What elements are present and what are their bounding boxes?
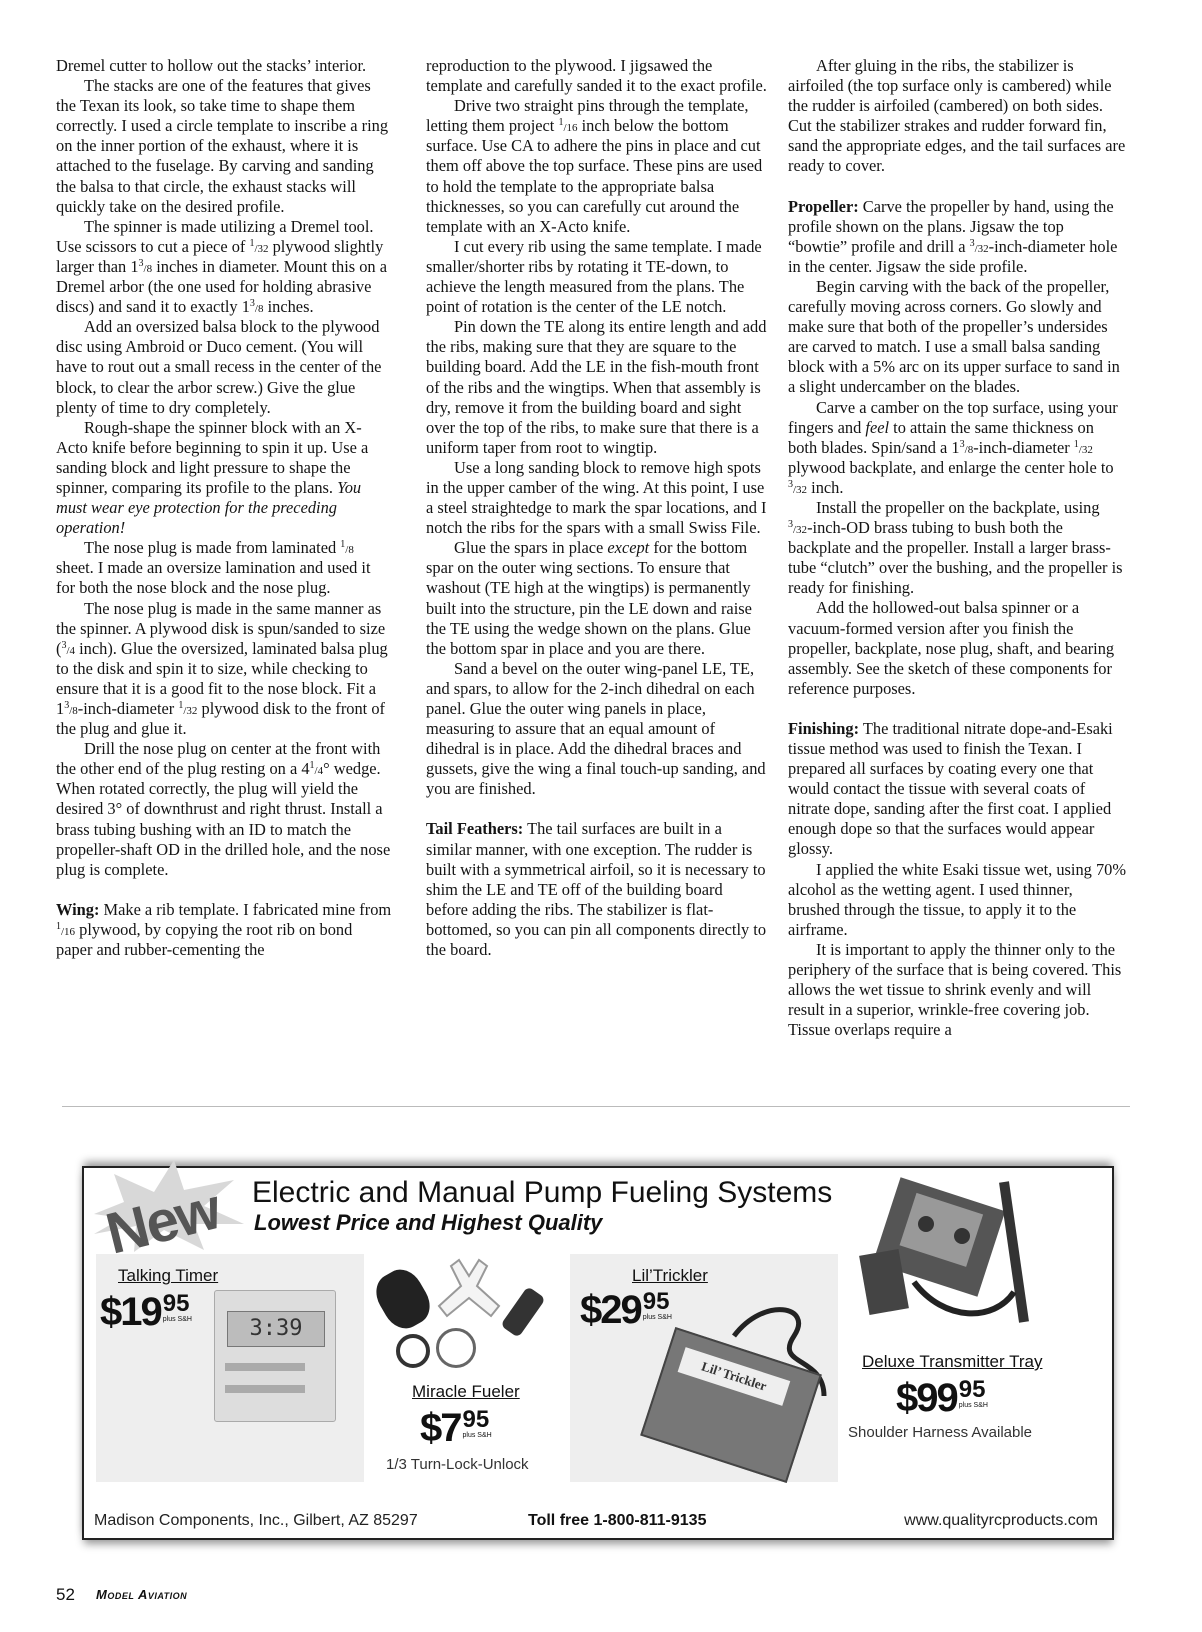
paragraph-finishing: Finishing: The traditional nitrate dope-… <box>788 719 1126 860</box>
paragraph: The nose plug is made from laminated 1/8… <box>56 538 392 598</box>
ad-company-address: Madison Components, Inc., Gilbert, AZ 85… <box>94 1512 418 1530</box>
article-column-3: After gluing in the ribs, the stabilizer… <box>788 56 1126 1040</box>
paragraph: reproduction to the plywood. I jigsawed … <box>426 56 768 96</box>
price-miracle-fueler: $7 95plus S&H <box>420 1408 492 1448</box>
paragraph: The nose plug is made in the same manner… <box>56 599 392 740</box>
ad-headline: Electric and Manual Pump Fueling Systems <box>252 1176 832 1210</box>
price-talking-timer: $19 95plus S&H <box>100 1292 192 1332</box>
page-number: 52 <box>56 1585 75 1605</box>
section-heading-finishing: Finishing: <box>788 719 859 738</box>
product-name-lil-trickler: Lil’Trickler <box>632 1266 708 1286</box>
article-column-1: Dremel cutter to hollow out the stacks’ … <box>56 56 392 960</box>
paragraph: Drill the nose plug on center at the fro… <box>56 739 392 880</box>
paragraph: Sand a bevel on the outer wing-panel LE,… <box>426 659 768 800</box>
paragraph: The stacks are one of the features that … <box>56 76 392 217</box>
section-heading-tail-feathers: Tail Feathers: <box>426 819 523 838</box>
fueler-nut-icon <box>396 1334 430 1368</box>
paragraph: Install the propeller on the backplate, … <box>788 498 1126 598</box>
product-name-miracle-fueler: Miracle Fueler <box>412 1382 520 1402</box>
paragraph: I cut every rib using the same template.… <box>426 237 768 317</box>
paragraph: Carve a camber on the top surface, using… <box>788 398 1126 498</box>
paragraph: Begin carving with the back of the prope… <box>788 277 1126 398</box>
product-name-transmitter-tray: Deluxe Transmitter Tray <box>862 1352 1042 1372</box>
section-heading-propeller: Propeller: <box>788 197 859 216</box>
magazine-title: Model Aviation <box>96 1587 187 1602</box>
paragraph: I applied the white Esaki tissue wet, us… <box>788 860 1126 940</box>
price-transmitter-tray: $99 95plus S&H <box>896 1378 988 1418</box>
paragraph-tail-feathers: Tail Feathers: The tail surfaces are bui… <box>426 819 768 960</box>
ad-subheadline: Lowest Price and Highest Quality <box>254 1210 602 1236</box>
paragraph: Drive two straight pins through the temp… <box>426 96 768 237</box>
fueler-wrench-icon <box>429 1256 509 1336</box>
paragraph: The spinner is made utilizing a Dremel t… <box>56 217 392 317</box>
timer-display: 3:39 <box>227 1311 325 1347</box>
paragraph-wing: Wing: Make a rib template. I fabricated … <box>56 900 392 960</box>
divider-rule <box>62 1106 1130 1107</box>
paragraph: After gluing in the ribs, the stabilizer… <box>788 56 1126 177</box>
price-lil-trickler: $29 95plus S&H <box>580 1290 672 1330</box>
paragraph: Add the hollowed-out balsa spinner or a … <box>788 598 1126 698</box>
paragraph-propeller: Propeller: Carve the propeller by hand, … <box>788 197 1126 277</box>
product-name-talking-timer: Talking Timer <box>118 1266 218 1286</box>
section-heading-wing: Wing: <box>56 900 99 919</box>
caption-transmitter-tray: Shoulder Harness Available <box>848 1424 1032 1441</box>
paragraph: Rough-shape the spinner block with an X-… <box>56 418 392 539</box>
advertisement[interactable]: New Electric and Manual Pump Fueling Sys… <box>82 1166 1114 1540</box>
paragraph: Add an oversized balsa block to the plyw… <box>56 317 392 417</box>
ad-website-link[interactable]: www.qualityrcproducts.com <box>904 1512 1098 1530</box>
transmitter-tray-image <box>854 1172 1034 1332</box>
paragraph: Pin down the TE along its entire length … <box>426 317 768 458</box>
ad-phone[interactable]: Toll free 1-800-811-9135 <box>528 1512 706 1530</box>
article-column-2: reproduction to the plywood. I jigsawed … <box>426 56 768 960</box>
paragraph: Use a long sanding block to remove high … <box>426 458 768 538</box>
fueler-cap-icon <box>369 1262 438 1335</box>
caption-miracle-fueler: 1/3 Turn-Lock-Unlock <box>386 1456 529 1473</box>
paragraph: Dremel cutter to hollow out the stacks’ … <box>56 56 392 76</box>
timer-button-bar <box>225 1363 305 1371</box>
fueler-ring-icon <box>436 1328 476 1368</box>
timer-button-bar <box>225 1385 305 1393</box>
paragraph: Glue the spars in place except for the b… <box>426 538 768 659</box>
talking-timer-image: 3:39 <box>214 1290 336 1422</box>
paragraph: It is important to apply the thinner onl… <box>788 940 1126 1040</box>
